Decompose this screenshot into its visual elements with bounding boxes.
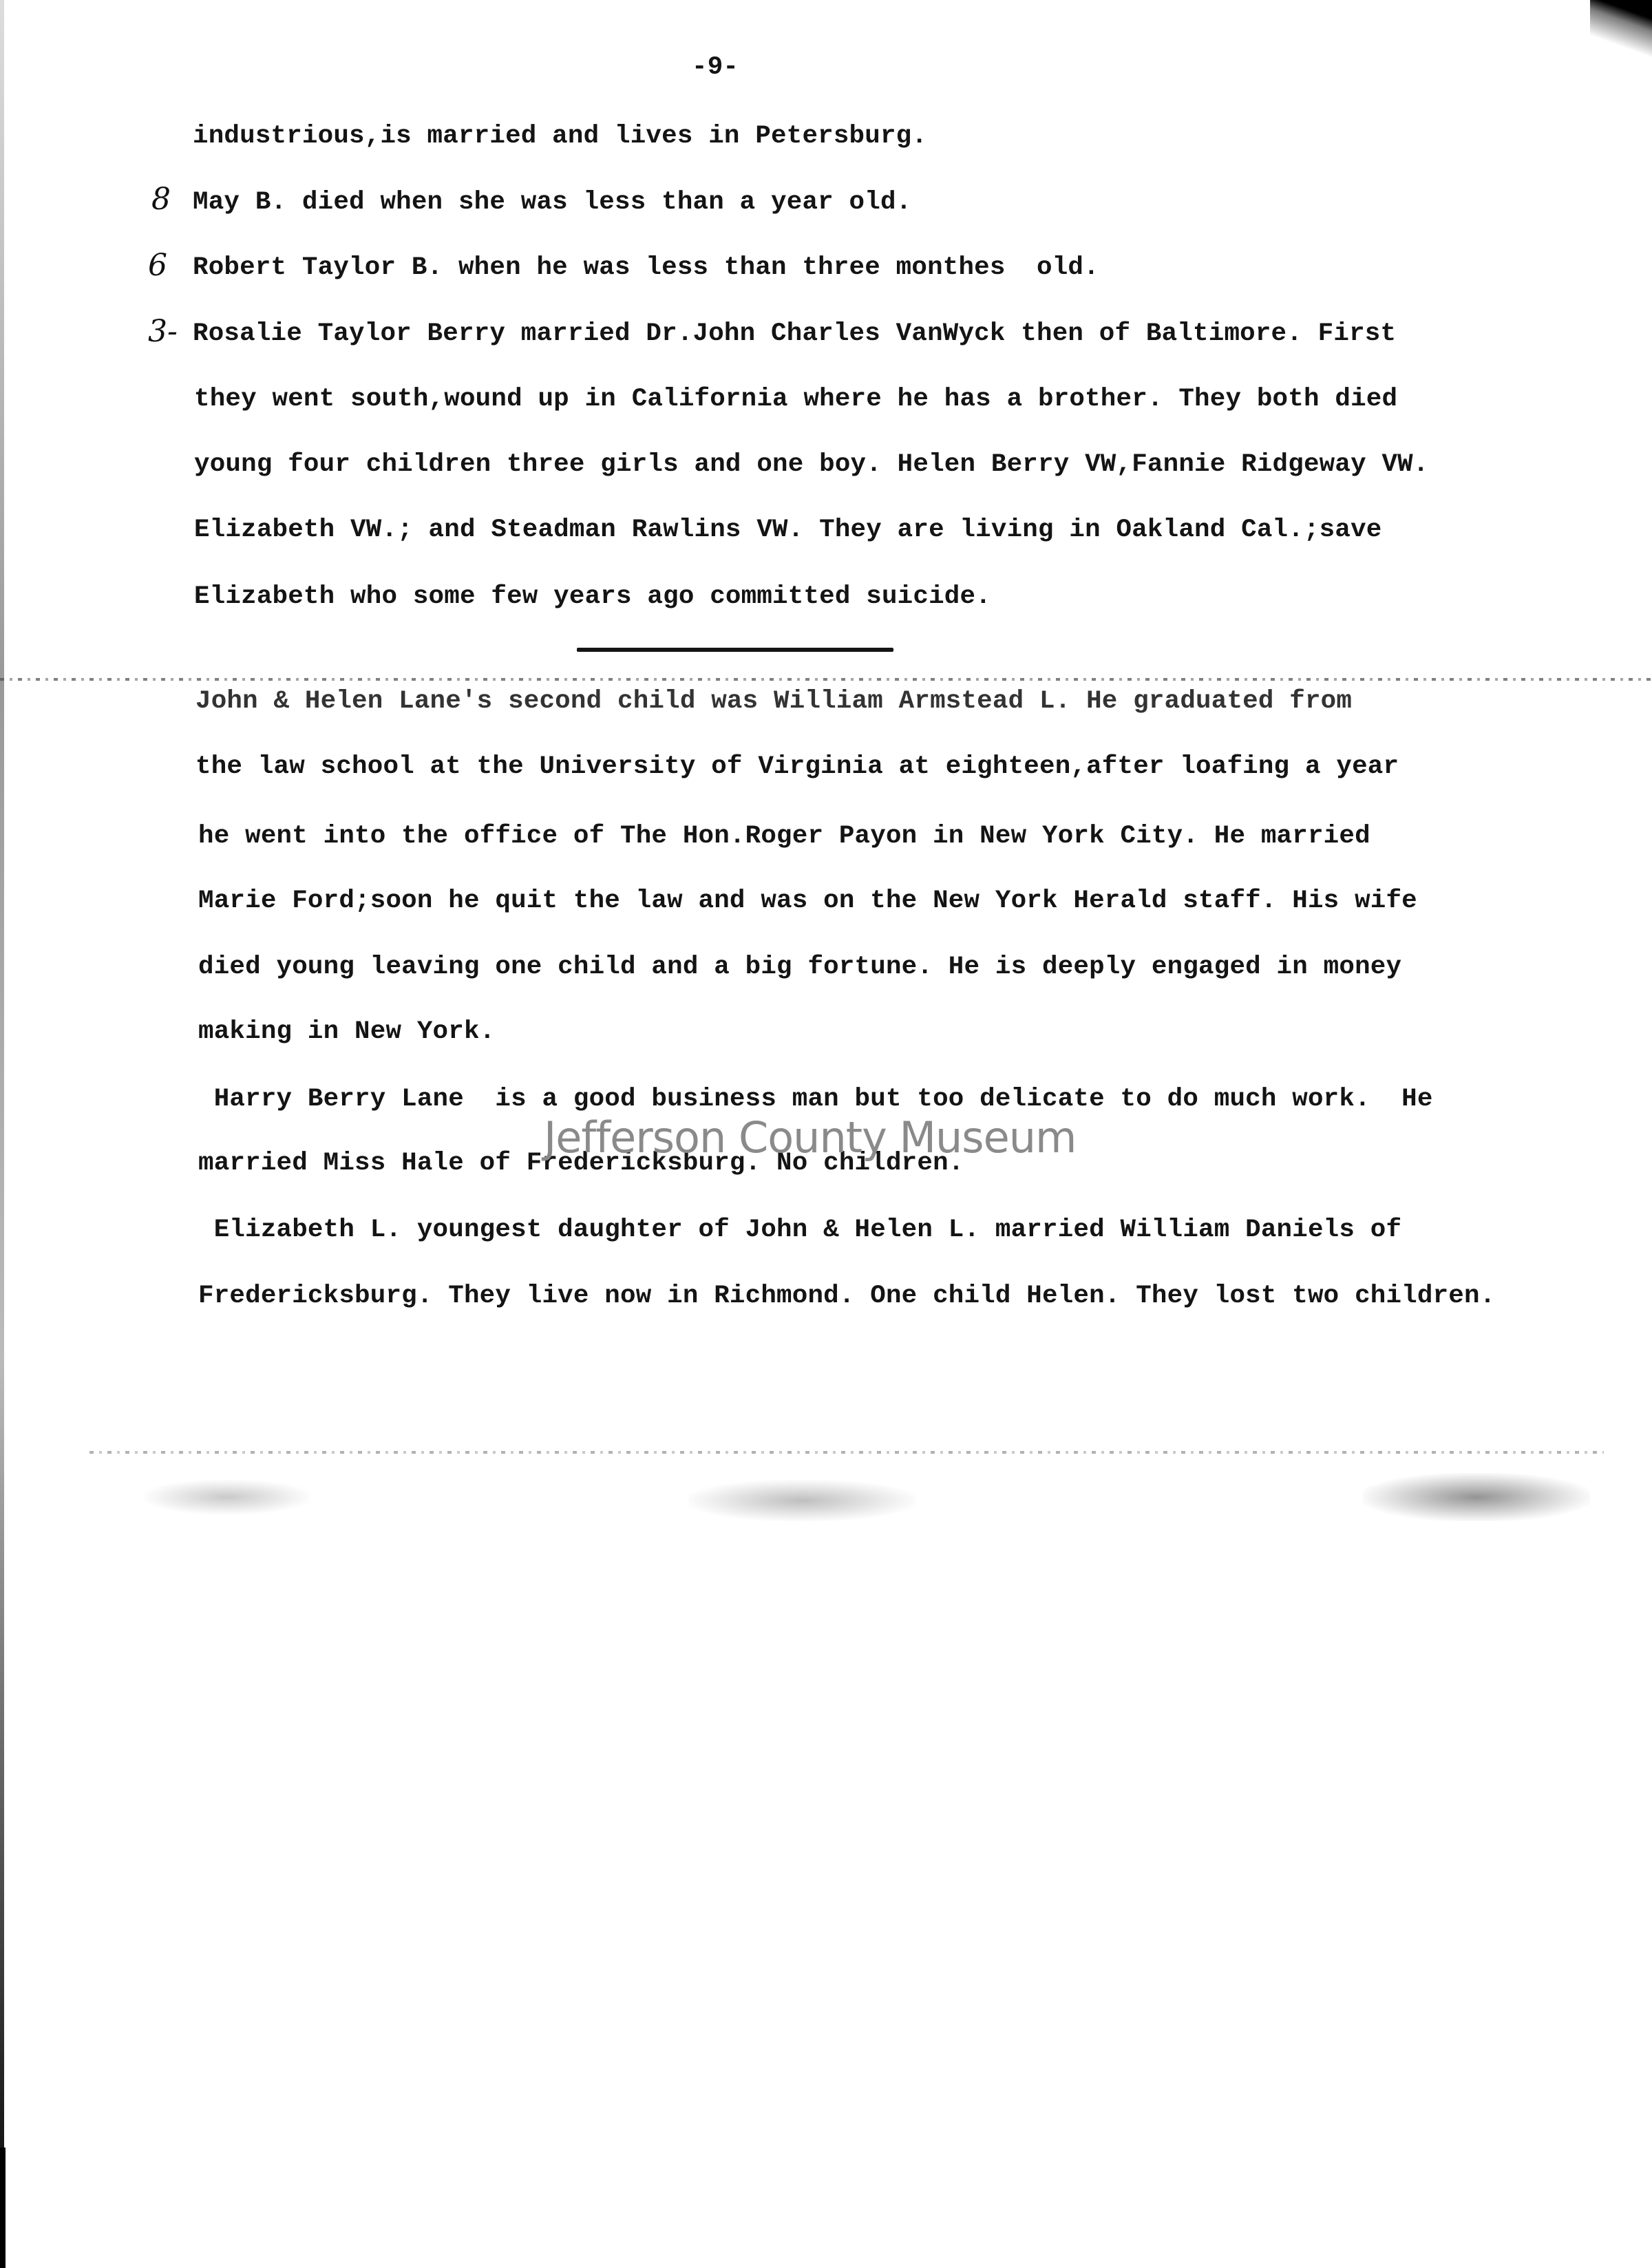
section-divider [577, 648, 893, 652]
text-line: Fredericksburg. They live now in Richmon… [198, 1284, 1495, 1310]
scan-smudge [145, 1480, 310, 1514]
scan-edge-left [0, 0, 4, 2268]
text-line: Elizabeth who some few years ago committ… [194, 584, 991, 611]
text-line: May B. died when she was less than a yea… [193, 190, 911, 216]
text-line: died young leaving one child and a big f… [198, 955, 1401, 981]
text-line: Robert Taylor B. when he was less than t… [193, 255, 1099, 282]
scan-corner-top-right [1590, 0, 1652, 83]
text-line: he went into the office of The Hon.Roger… [198, 824, 1370, 850]
text-line: John & Helen Lane's second child was Wil… [195, 689, 1352, 715]
text-line: Elizabeth L. youngest daughter of John &… [198, 1218, 1401, 1244]
text-line: Elizabeth VW.; and Steadman Rawlins VW. … [194, 518, 1381, 544]
page-number: -9- [692, 55, 739, 81]
text-line: they went south,wound up in California w… [194, 387, 1397, 413]
margin-note-8: 8 [151, 184, 171, 215]
margin-note-6: 6 [148, 251, 167, 281]
scan-smudge [688, 1480, 915, 1521]
document-page: -9- 8 6 3- industrious,is married and li… [0, 0, 1652, 2268]
paper-fold-line [0, 678, 1652, 681]
text-line: Marie Ford;soon he quit the law and was … [198, 889, 1417, 915]
scan-edge-left-bottom [0, 2148, 6, 2268]
margin-note-3: 3- [148, 317, 178, 347]
text-line: making in New York. [198, 1019, 495, 1046]
text-line: Rosalie Taylor Berry married Dr.John Cha… [193, 321, 1396, 348]
text-line: young four children three girls and one … [194, 452, 1429, 478]
text-line: the law school at the University of Virg… [195, 754, 1399, 781]
text-line: Harry Berry Lane is a good business man … [198, 1087, 1433, 1113]
text-line: industrious,is married and lives in Pete… [193, 124, 927, 150]
museum-watermark: Jefferson County Museum [544, 1112, 1076, 1163]
paper-crease-line [89, 1451, 1604, 1454]
scan-smudge [1363, 1473, 1590, 1521]
